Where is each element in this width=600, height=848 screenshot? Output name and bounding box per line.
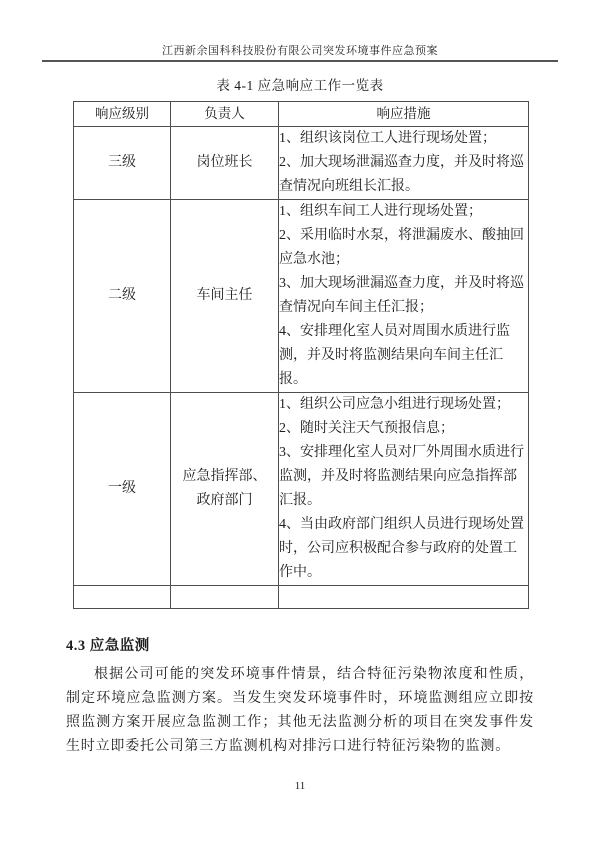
table-row: 二级 车间主任 1、组织车间工人进行现场处置； 2、采用临时水泵，将泄漏废水、酸… [74, 200, 529, 393]
measure-item: 1、组织该岗位工人进行现场处置； [279, 127, 528, 151]
level-cell: 三级 [74, 127, 171, 200]
measure-item: 1、组织车间工人进行现场处置； [279, 200, 528, 224]
table-empty-row [74, 586, 529, 609]
column-header-person: 负责人 [171, 102, 279, 127]
document-page: 江西新余国科科技股份有限公司突发环境事件应急预案 表 4-1 应急响应工作一览表… [0, 0, 600, 848]
measure-item: 4、当由政府部门组织人员进行现场处置时，公司应积极配合参与政府的处置工作中。 [279, 513, 528, 585]
table-caption: 表 4-1 应急响应工作一览表 [0, 76, 600, 96]
response-table: 响应级别 负责人 响应措施 三级 岗位班长 1、组织该岗位工人进行现场处置； 2… [73, 101, 529, 609]
level-cell: 一级 [74, 393, 171, 586]
section-heading: 4.3 应急监测 [66, 638, 534, 655]
measures-cell: 1、组织车间工人进行现场处置； 2、采用临时水泵，将泄漏废水、酸抽回应急水池； … [279, 200, 529, 393]
person-cell: 应急指挥部、 政府部门 [171, 393, 279, 586]
section-paragraph: 根据公司可能的突发环境事件情景，结合特征污染物浓度和性质，制定环境应急监测方案。… [66, 663, 534, 759]
table-row: 一级 应急指挥部、 政府部门 1、组织公司应急小组进行现场处置； 2、随时关注天… [74, 393, 529, 586]
measure-item: 3、加大现场泄漏巡查力度，并及时将巡查情况向车间主任汇报； [279, 272, 528, 320]
measure-item: 2、采用临时水泵，将泄漏废水、酸抽回应急水池； [279, 224, 528, 272]
empty-cell [279, 586, 529, 609]
column-header-level: 响应级别 [74, 102, 171, 127]
measure-item: 1、组织公司应急小组进行现场处置； [279, 393, 528, 417]
table-header-row: 响应级别 负责人 响应措施 [74, 102, 529, 127]
person-cell: 车间主任 [171, 200, 279, 393]
person-cell: 岗位班长 [171, 127, 279, 200]
measures-cell: 1、组织公司应急小组进行现场处置； 2、随时关注天气预报信息； 3、安排理化室人… [279, 393, 529, 586]
empty-cell [74, 586, 171, 609]
empty-cell [171, 586, 279, 609]
document-header-title: 江西新余国科科技股份有限公司突发环境事件应急预案 [42, 44, 558, 58]
header-rule [42, 60, 558, 62]
measure-item: 2、随时关注天气预报信息； [279, 417, 528, 441]
measures-cell: 1、组织该岗位工人进行现场处置； 2、加大现场泄漏巡查力度，并及时将巡查情况向班… [279, 127, 529, 200]
column-header-measures: 响应措施 [279, 102, 529, 127]
level-cell: 二级 [74, 200, 171, 393]
page-number: 11 [0, 780, 600, 793]
table-row: 三级 岗位班长 1、组织该岗位工人进行现场处置； 2、加大现场泄漏巡查力度，并及… [74, 127, 529, 200]
measure-item: 3、安排理化室人员对厂外周围水质进行监测，并及时将监测结果向应急指挥部汇报。 [279, 441, 528, 513]
measure-item: 4、安排理化室人员对周围水质进行监测，并及时将监测结果向车间主任汇报。 [279, 320, 528, 392]
measure-item: 2、加大现场泄漏巡查力度，并及时将巡查情况向班组长汇报。 [279, 151, 528, 199]
